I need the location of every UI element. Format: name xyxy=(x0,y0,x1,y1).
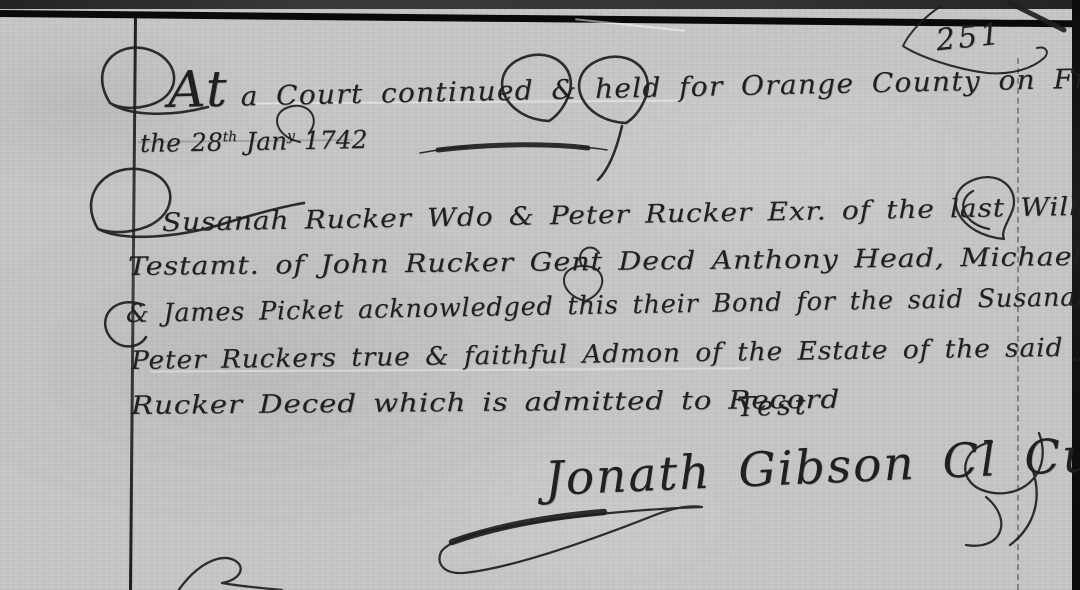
flourish-sig-end-curl xyxy=(966,497,1001,546)
document-scan: 251 Ata Court continued & held for Orang… xyxy=(0,0,1080,590)
body-line: Susanah Rucker Wdo & Peter Rucker Exr. o… xyxy=(162,191,1080,238)
heading-line: Ata Court continued & held for Orange Co… xyxy=(168,49,1080,114)
flourish-sig-underline-thick xyxy=(452,512,604,542)
flourish-bottom-cut-stroke xyxy=(178,558,282,590)
date-month-superscript: y xyxy=(287,128,295,144)
body-line: & James Picket acknowledged this their B… xyxy=(126,281,1080,329)
date-ordinal-superscript: th xyxy=(222,129,237,145)
page-top-rule xyxy=(0,10,1080,28)
heading-text: a Court continued & held for Orange Coun… xyxy=(240,62,1080,112)
date-month: Jan xyxy=(246,126,288,156)
body-line: Rucker Deced which is admitted to Record xyxy=(131,385,840,421)
flourish-date-dash-thick xyxy=(438,145,588,150)
body-line: Peter Ruckers true & faithful Admon of t… xyxy=(131,332,1080,376)
flourish-sig-loop xyxy=(440,506,702,573)
right-faint-rule xyxy=(1017,58,1019,590)
heading-opening-word: At xyxy=(167,60,228,119)
flourish-date-dash-thin xyxy=(420,147,607,153)
scan-top-edge xyxy=(0,0,1080,9)
attestation-word: Test xyxy=(736,390,810,424)
date-prefix: the 28 xyxy=(140,128,223,158)
date-year: 1742 xyxy=(304,125,368,155)
clerk-signature: Jonath Gibson Cl Cur xyxy=(544,427,1080,507)
body-line: Testamt. of John Rucker Gent Decd Anthon… xyxy=(128,241,1080,282)
date-line: the 28thJany1742 xyxy=(140,125,368,158)
